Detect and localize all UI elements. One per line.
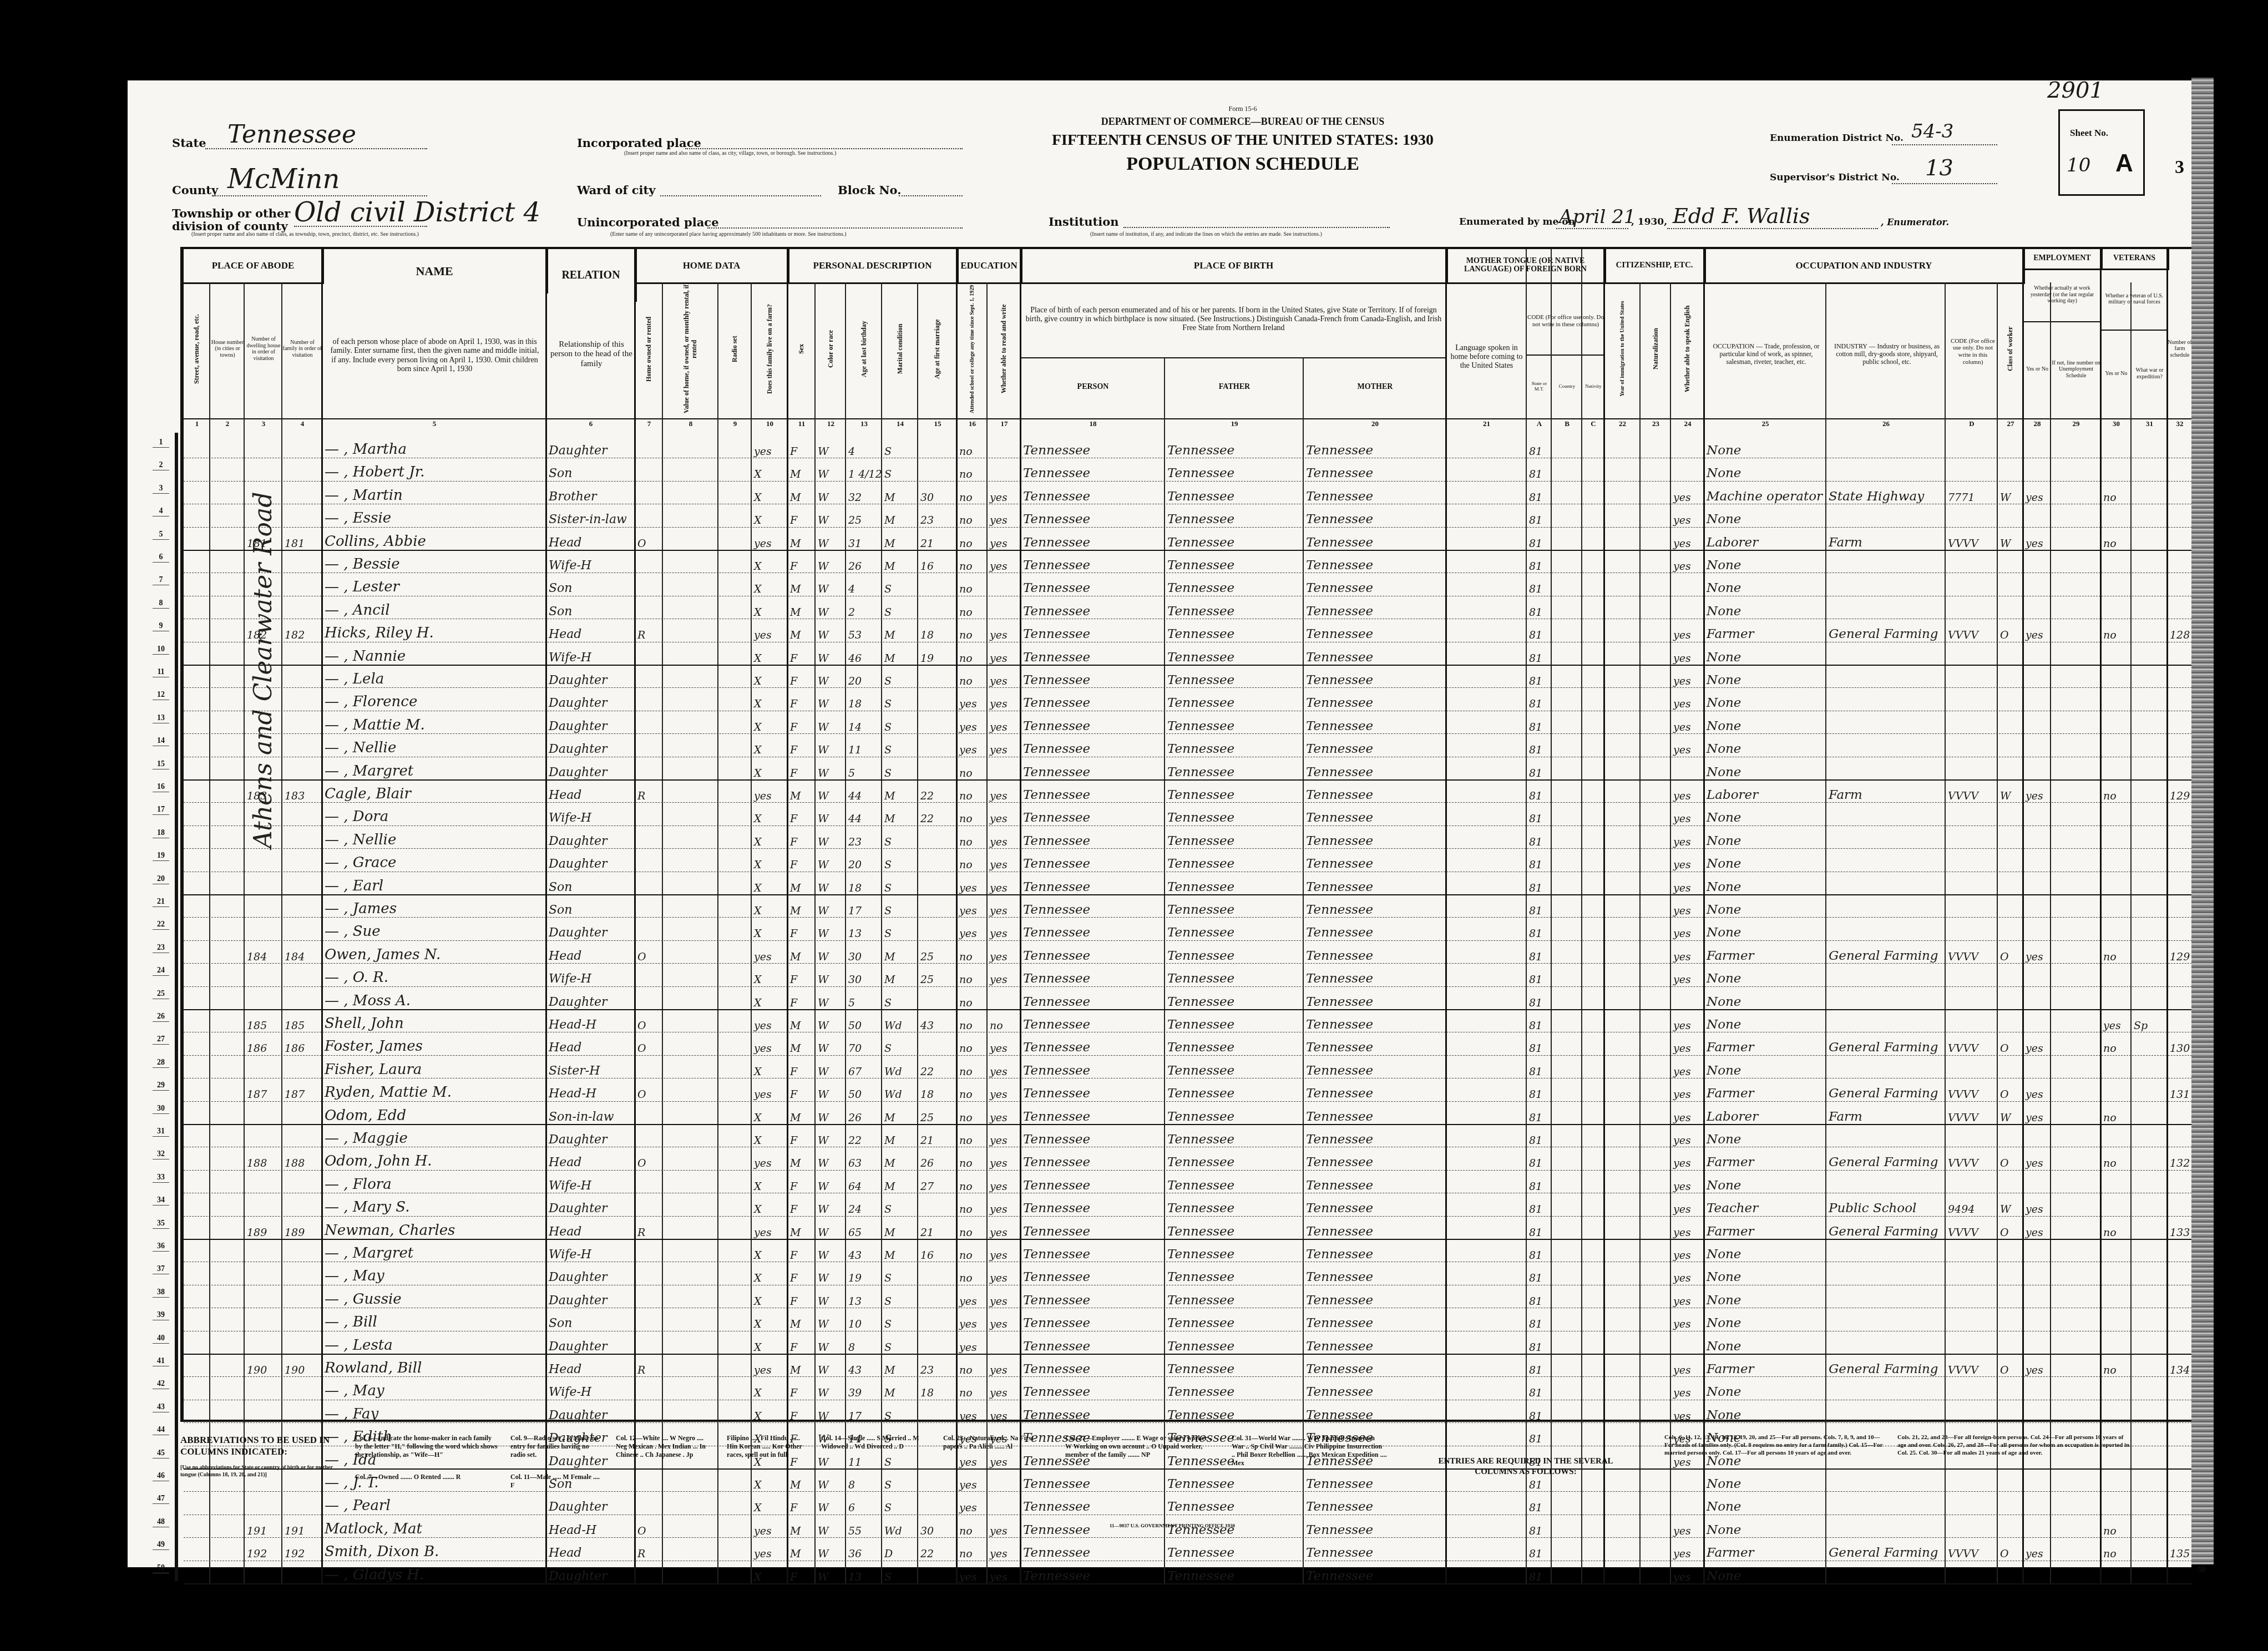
age-cell[interactable]: 64 <box>848 1170 881 1194</box>
class-of-worker-cell[interactable] <box>2000 848 2022 872</box>
school-attendance-cell[interactable]: no <box>959 1170 986 1194</box>
farm-residence-cell[interactable]: X <box>754 458 787 482</box>
school-attendance-cell[interactable]: no <box>959 665 986 688</box>
occupation-cell[interactable]: None <box>1707 1239 1825 1263</box>
read-write-cell[interactable]: yes <box>990 1078 1020 1102</box>
war-served-cell[interactable] <box>2134 1515 2166 1538</box>
farm-schedule-number-cell[interactable] <box>2170 1193 2191 1217</box>
farm-schedule-number-cell[interactable] <box>2170 1446 2191 1470</box>
age-first-marriage-cell[interactable]: 21 <box>920 1124 956 1148</box>
birthplace-father-cell[interactable]: Tennessee <box>1167 1400 1303 1424</box>
person-name-cell[interactable]: Fisher, Laura <box>325 1055 545 1079</box>
school-attendance-cell[interactable]: no <box>959 504 986 528</box>
occupation-cell[interactable]: None <box>1707 573 1825 596</box>
age-first-marriage-cell[interactable] <box>920 1331 956 1355</box>
dwelling-number-cell[interactable] <box>247 1239 281 1263</box>
age-first-marriage-cell[interactable]: 22 <box>920 779 956 803</box>
dwelling-number-cell[interactable] <box>247 848 281 872</box>
occupation-cell[interactable]: Farmer <box>1707 1216 1825 1240</box>
ed-value[interactable]: 54-3 <box>1911 120 1953 143</box>
at-work-cell[interactable]: yes <box>2026 1354 2050 1377</box>
birthplace-person-cell[interactable]: Tennessee <box>1023 1032 1164 1056</box>
war-served-cell[interactable] <box>2134 1468 2166 1492</box>
family-number-cell[interactable] <box>285 802 321 826</box>
birthplace-person-cell[interactable]: Tennessee <box>1023 573 1164 596</box>
home-owned-cell[interactable]: O <box>637 1009 662 1033</box>
farm-residence-cell[interactable]: X <box>754 642 787 666</box>
dwelling-number-cell[interactable]: 187 <box>247 1078 281 1102</box>
industry-cell[interactable] <box>1829 1124 1945 1148</box>
farm-schedule-number-cell[interactable] <box>2170 1422 2191 1446</box>
speaks-english-cell[interactable]: yes <box>1673 1308 1703 1331</box>
sd-value[interactable]: 13 <box>1925 155 1953 181</box>
veteran-cell[interactable] <box>2103 1262 2130 1285</box>
person-name-cell[interactable]: — , Fay <box>325 1400 545 1424</box>
home-owned-cell[interactable] <box>637 917 662 941</box>
war-served-cell[interactable] <box>2134 1446 2166 1470</box>
age-first-marriage-cell[interactable]: 25 <box>920 963 956 987</box>
race-cell[interactable]: W <box>818 1216 845 1240</box>
read-write-cell[interactable]: yes <box>990 1515 1020 1538</box>
veteran-cell[interactable] <box>2103 665 2130 688</box>
veteran-cell[interactable] <box>2103 1491 2130 1515</box>
occupation-cell[interactable]: None <box>1707 986 1825 1010</box>
at-work-cell[interactable] <box>2026 1468 2050 1492</box>
relationship-cell[interactable]: Wife-H <box>549 1170 634 1194</box>
sex-cell[interactable]: M <box>790 458 814 482</box>
occupation-cell[interactable]: None <box>1707 848 1825 872</box>
occupation-cell[interactable]: None <box>1707 1170 1825 1194</box>
person-name-cell[interactable]: Foster, James <box>325 1032 545 1056</box>
marital-status-cell[interactable]: S <box>884 1400 917 1424</box>
person-name-cell[interactable]: — , May <box>325 1376 545 1400</box>
person-name-cell[interactable]: Smith, Dixon B. <box>325 1537 545 1561</box>
industry-cell[interactable]: General Farming <box>1829 1537 1945 1561</box>
war-served-cell[interactable] <box>2134 825 2166 849</box>
birthplace-father-cell[interactable]: Tennessee <box>1167 757 1303 781</box>
marital-status-cell[interactable]: S <box>884 687 917 711</box>
industry-cell[interactable] <box>1829 986 1945 1010</box>
relationship-cell[interactable]: Head <box>549 940 634 964</box>
farm-residence-cell[interactable]: X <box>754 757 787 781</box>
dwelling-number-cell[interactable]: 191 <box>247 1515 281 1538</box>
veteran-cell[interactable] <box>2103 1170 2130 1194</box>
birthplace-father-cell[interactable]: Tennessee <box>1167 1376 1303 1400</box>
age-cell[interactable]: 4 <box>848 573 881 596</box>
read-write-cell[interactable]: yes <box>990 1101 1020 1125</box>
sex-cell[interactable]: M <box>790 1032 814 1056</box>
marital-status-cell[interactable]: S <box>884 757 917 781</box>
marital-status-cell[interactable]: S <box>884 1308 917 1331</box>
birthplace-person-cell[interactable]: Tennessee <box>1023 1376 1164 1400</box>
occupation-cell[interactable]: None <box>1707 872 1825 895</box>
dwelling-number-cell[interactable] <box>247 1491 281 1515</box>
class-of-worker-cell[interactable] <box>2000 894 2022 918</box>
at-work-cell[interactable]: yes <box>2026 1216 2050 1240</box>
dwelling-number-cell[interactable] <box>247 1561 281 1584</box>
class-of-worker-cell[interactable] <box>2000 757 2022 781</box>
school-attendance-cell[interactable]: no <box>959 1216 986 1240</box>
class-of-worker-cell[interactable] <box>2000 1262 2022 1285</box>
sex-cell[interactable]: F <box>790 665 814 688</box>
birthplace-father-cell[interactable]: Tennessee <box>1167 504 1303 528</box>
farm-residence-cell[interactable]: X <box>754 665 787 688</box>
race-cell[interactable]: W <box>818 848 845 872</box>
occupation-cell[interactable]: Farmer <box>1707 1354 1825 1377</box>
occupation-cell[interactable]: None <box>1707 550 1825 574</box>
farm-schedule-number-cell[interactable] <box>2170 1376 2191 1400</box>
industry-cell[interactable] <box>1829 1262 1945 1285</box>
home-owned-cell[interactable] <box>637 1308 662 1331</box>
marital-status-cell[interactable]: D <box>884 1537 917 1561</box>
war-served-cell[interactable] <box>2134 802 2166 826</box>
marital-status-cell[interactable]: S <box>884 872 917 895</box>
farm-schedule-number-cell[interactable] <box>2170 1101 2191 1125</box>
speaks-english-cell[interactable] <box>1673 573 1703 596</box>
farm-residence-cell[interactable]: X <box>754 550 787 574</box>
state-value[interactable]: Tennessee <box>227 120 356 149</box>
race-cell[interactable]: W <box>818 1354 845 1377</box>
industry-cell[interactable] <box>1829 458 1945 482</box>
school-attendance-cell[interactable]: no <box>959 1262 986 1285</box>
sex-cell[interactable]: M <box>790 1354 814 1377</box>
farm-schedule-number-cell[interactable] <box>2170 1055 2191 1079</box>
age-cell[interactable]: 1 4/12 <box>848 458 881 482</box>
relationship-cell[interactable]: Son <box>549 872 634 895</box>
birthplace-person-cell[interactable]: Tennessee <box>1023 917 1164 941</box>
dwelling-number-cell[interactable]: 188 <box>247 1147 281 1171</box>
birthplace-mother-cell[interactable]: Tennessee <box>1306 986 1445 1010</box>
veteran-cell[interactable] <box>2103 1468 2130 1492</box>
home-owned-cell[interactable]: O <box>637 1032 662 1056</box>
occupation-cell[interactable]: Farmer <box>1707 1032 1825 1056</box>
farm-residence-cell[interactable]: yes <box>754 1216 787 1240</box>
birthplace-mother-cell[interactable]: Tennessee <box>1306 1400 1445 1424</box>
birthplace-mother-cell[interactable]: Tennessee <box>1306 1354 1445 1377</box>
read-write-cell[interactable]: yes <box>990 1239 1020 1263</box>
speaks-english-cell[interactable]: yes <box>1673 1009 1703 1033</box>
read-write-cell[interactable]: yes <box>990 1308 1020 1331</box>
birthplace-mother-cell[interactable]: Tennessee <box>1306 1009 1445 1033</box>
farm-residence-cell[interactable]: X <box>754 1376 787 1400</box>
birthplace-person-cell[interactable]: Tennessee <box>1023 1262 1164 1285</box>
industry-cell[interactable] <box>1829 1331 1945 1355</box>
age-first-marriage-cell[interactable]: 18 <box>920 1078 956 1102</box>
birthplace-mother-cell[interactable]: Tennessee <box>1306 1239 1445 1263</box>
industry-cell[interactable] <box>1829 642 1945 666</box>
birthplace-mother-cell[interactable]: Tennessee <box>1306 779 1445 803</box>
class-of-worker-cell[interactable] <box>2000 1124 2022 1148</box>
at-work-cell[interactable] <box>2026 1262 2050 1285</box>
county-value[interactable]: McMinn <box>227 164 340 195</box>
birthplace-father-cell[interactable]: Tennessee <box>1167 1468 1303 1492</box>
family-number-cell[interactable] <box>285 1376 321 1400</box>
age-first-marriage-cell[interactable] <box>920 894 956 918</box>
age-cell[interactable]: 11 <box>848 733 881 757</box>
veteran-cell[interactable]: yes <box>2103 1009 2130 1033</box>
family-number-cell[interactable] <box>285 1101 321 1125</box>
relationship-cell[interactable]: Head <box>549 1032 634 1056</box>
war-served-cell[interactable] <box>2134 619 2166 642</box>
person-name-cell[interactable]: — , Lester <box>325 573 545 596</box>
speaks-english-cell[interactable]: yes <box>1673 481 1703 505</box>
at-work-cell[interactable] <box>2026 733 2050 757</box>
relationship-cell[interactable]: Head <box>549 1147 634 1171</box>
speaks-english-cell[interactable]: yes <box>1673 1561 1703 1584</box>
relationship-cell[interactable]: Son <box>549 573 634 596</box>
person-name-cell[interactable]: — , Bill <box>325 1308 545 1331</box>
speaks-english-cell[interactable]: yes <box>1673 802 1703 826</box>
race-cell[interactable]: W <box>818 1078 845 1102</box>
relationship-cell[interactable]: Head-H <box>549 1009 634 1033</box>
class-of-worker-cell[interactable]: W <box>2000 481 2022 505</box>
person-name-cell[interactable]: Ryden, Mattie M. <box>325 1078 545 1102</box>
dwelling-number-cell[interactable] <box>247 1124 281 1148</box>
age-first-marriage-cell[interactable] <box>920 596 956 620</box>
birthplace-mother-cell[interactable]: Tennessee <box>1306 802 1445 826</box>
family-number-cell[interactable]: 188 <box>285 1147 321 1171</box>
class-of-worker-cell[interactable] <box>2000 917 2022 941</box>
at-work-cell[interactable] <box>2026 1331 2050 1355</box>
read-write-cell[interactable]: yes <box>990 665 1020 688</box>
marital-status-cell[interactable]: M <box>884 1354 917 1377</box>
sex-cell[interactable]: F <box>790 711 814 735</box>
dwelling-number-cell[interactable]: 192 <box>247 1537 281 1561</box>
read-write-cell[interactable]: yes <box>990 1124 1020 1148</box>
family-number-cell[interactable] <box>285 1491 321 1515</box>
read-write-cell[interactable]: yes <box>990 1147 1020 1171</box>
farm-residence-cell[interactable]: X <box>754 894 787 918</box>
at-work-cell[interactable] <box>2026 435 2050 459</box>
relationship-cell[interactable]: Daughter <box>549 848 634 872</box>
industry-cell[interactable]: Farm <box>1829 779 1945 803</box>
war-served-cell[interactable] <box>2134 1537 2166 1561</box>
race-cell[interactable]: W <box>818 1239 845 1263</box>
birthplace-mother-cell[interactable]: Tennessee <box>1306 825 1445 849</box>
industry-cell[interactable] <box>1829 757 1945 781</box>
marital-status-cell[interactable]: S <box>884 573 917 596</box>
class-of-worker-cell[interactable] <box>2000 1170 2022 1194</box>
at-work-cell[interactable] <box>2026 1515 2050 1538</box>
birthplace-father-cell[interactable]: Tennessee <box>1167 1308 1303 1331</box>
relationship-cell[interactable]: Daughter <box>549 435 634 459</box>
age-cell[interactable]: 14 <box>848 711 881 735</box>
age-first-marriage-cell[interactable]: 18 <box>920 1376 956 1400</box>
veteran-cell[interactable] <box>2103 1561 2130 1584</box>
home-owned-cell[interactable] <box>637 802 662 826</box>
farm-residence-cell[interactable]: X <box>754 1308 787 1331</box>
sex-cell[interactable]: M <box>790 1515 814 1538</box>
farm-schedule-number-cell[interactable]: 132 <box>2170 1147 2191 1171</box>
read-write-cell[interactable]: yes <box>990 1032 1020 1056</box>
family-number-cell[interactable]: 186 <box>285 1032 321 1056</box>
home-owned-cell[interactable]: O <box>637 1515 662 1538</box>
birthplace-person-cell[interactable]: Tennessee <box>1023 665 1164 688</box>
age-cell[interactable]: 5 <box>848 986 881 1010</box>
race-cell[interactable]: W <box>818 1193 845 1217</box>
relationship-cell[interactable]: Daughter <box>549 1285 634 1309</box>
at-work-cell[interactable] <box>2026 1055 2050 1079</box>
speaks-english-cell[interactable] <box>1673 1491 1703 1515</box>
age-cell[interactable]: 67 <box>848 1055 881 1079</box>
occupation-cell[interactable]: None <box>1707 687 1825 711</box>
veteran-cell[interactable]: no <box>2103 527 2130 551</box>
farm-residence-cell[interactable]: yes <box>754 1147 787 1171</box>
birthplace-father-cell[interactable]: Tennessee <box>1167 963 1303 987</box>
farm-schedule-number-cell[interactable] <box>2170 848 2191 872</box>
home-owned-cell[interactable]: O <box>637 940 662 964</box>
birthplace-person-cell[interactable]: Tennessee <box>1023 1400 1164 1424</box>
dwelling-number-cell[interactable] <box>247 435 281 459</box>
marital-status-cell[interactable]: S <box>884 435 917 459</box>
school-attendance-cell[interactable]: no <box>959 1009 986 1033</box>
class-of-worker-cell[interactable] <box>2000 1376 2022 1400</box>
person-name-cell[interactable]: — , Bessie <box>325 550 545 574</box>
read-write-cell[interactable] <box>990 596 1020 620</box>
dwelling-number-cell[interactable]: 184 <box>247 940 281 964</box>
veteran-cell[interactable] <box>2103 687 2130 711</box>
birthplace-person-cell[interactable]: Tennessee <box>1023 596 1164 620</box>
class-of-worker-cell[interactable] <box>2000 1400 2022 1424</box>
marital-status-cell[interactable]: Wd <box>884 1078 917 1102</box>
speaks-english-cell[interactable] <box>1673 596 1703 620</box>
at-work-cell[interactable]: yes <box>2026 481 2050 505</box>
family-number-cell[interactable] <box>285 481 321 505</box>
marital-status-cell[interactable]: S <box>884 1491 917 1515</box>
farm-residence-cell[interactable]: X <box>754 1285 787 1309</box>
person-name-cell[interactable]: — , Martin <box>325 481 545 505</box>
sex-cell[interactable]: F <box>790 1193 814 1217</box>
sex-cell[interactable]: F <box>790 435 814 459</box>
farm-residence-cell[interactable]: X <box>754 802 787 826</box>
veteran-cell[interactable]: no <box>2103 1537 2130 1561</box>
occupation-cell[interactable]: Farmer <box>1707 1537 1825 1561</box>
home-owned-cell[interactable] <box>637 1101 662 1125</box>
farm-schedule-number-cell[interactable] <box>2170 1515 2191 1538</box>
occupation-cell[interactable]: None <box>1707 963 1825 987</box>
birthplace-father-cell[interactable]: Tennessee <box>1167 1239 1303 1263</box>
birthplace-mother-cell[interactable]: Tennessee <box>1306 1124 1445 1148</box>
sex-cell[interactable]: F <box>790 504 814 528</box>
age-cell[interactable]: 70 <box>848 1032 881 1056</box>
occupation-cell[interactable]: None <box>1707 504 1825 528</box>
school-attendance-cell[interactable]: yes <box>959 1285 986 1309</box>
birthplace-father-cell[interactable]: Tennessee <box>1167 1561 1303 1584</box>
school-attendance-cell[interactable]: yes <box>959 1491 986 1515</box>
relationship-cell[interactable]: Wife-H <box>549 550 634 574</box>
dwelling-number-cell[interactable] <box>247 894 281 918</box>
class-of-worker-cell[interactable] <box>2000 711 2022 735</box>
speaks-english-cell[interactable]: yes <box>1673 1124 1703 1148</box>
race-cell[interactable]: W <box>818 1055 845 1079</box>
read-write-cell[interactable] <box>990 1491 1020 1515</box>
read-write-cell[interactable] <box>990 458 1020 482</box>
sex-cell[interactable]: F <box>790 1078 814 1102</box>
war-served-cell[interactable] <box>2134 1032 2166 1056</box>
home-owned-cell[interactable] <box>637 1400 662 1424</box>
sex-cell[interactable]: F <box>790 1400 814 1424</box>
sex-cell[interactable]: F <box>790 848 814 872</box>
race-cell[interactable]: W <box>818 504 845 528</box>
speaks-english-cell[interactable]: yes <box>1673 550 1703 574</box>
at-work-cell[interactable] <box>2026 1376 2050 1400</box>
at-work-cell[interactable] <box>2026 1308 2050 1331</box>
birthplace-mother-cell[interactable]: Tennessee <box>1306 596 1445 620</box>
read-write-cell[interactable]: yes <box>990 963 1020 987</box>
class-of-worker-cell[interactable] <box>2000 986 2022 1010</box>
industry-cell[interactable] <box>1829 1055 1945 1079</box>
birthplace-mother-cell[interactable]: Tennessee <box>1306 1101 1445 1125</box>
class-of-worker-cell[interactable]: O <box>2000 619 2022 642</box>
class-of-worker-cell[interactable] <box>2000 802 2022 826</box>
birthplace-person-cell[interactable]: Tennessee <box>1023 1308 1164 1331</box>
veteran-cell[interactable] <box>2103 757 2130 781</box>
farm-residence-cell[interactable]: X <box>754 1331 787 1355</box>
at-work-cell[interactable] <box>2026 573 2050 596</box>
birthplace-person-cell[interactable]: Tennessee <box>1023 940 1164 964</box>
at-work-cell[interactable]: yes <box>2026 1147 2050 1171</box>
industry-cell[interactable]: General Farming <box>1829 1147 1945 1171</box>
birthplace-mother-cell[interactable]: Tennessee <box>1306 504 1445 528</box>
farm-residence-cell[interactable]: X <box>754 1101 787 1125</box>
birthplace-person-cell[interactable]: Tennessee <box>1023 1216 1164 1240</box>
class-of-worker-cell[interactable]: W <box>2000 779 2022 803</box>
birthplace-father-cell[interactable]: Tennessee <box>1167 435 1303 459</box>
marital-status-cell[interactable]: S <box>884 1193 917 1217</box>
war-served-cell[interactable] <box>2134 963 2166 987</box>
sex-cell[interactable]: F <box>790 1055 814 1079</box>
birthplace-person-cell[interactable]: Tennessee <box>1023 642 1164 666</box>
farm-residence-cell[interactable]: yes <box>754 1032 787 1056</box>
marital-status-cell[interactable]: M <box>884 779 917 803</box>
speaks-english-cell[interactable]: yes <box>1673 872 1703 895</box>
veteran-cell[interactable]: no <box>2103 1032 2130 1056</box>
school-attendance-cell[interactable]: no <box>959 986 986 1010</box>
dwelling-number-cell[interactable] <box>247 1285 281 1309</box>
birthplace-person-cell[interactable]: Tennessee <box>1023 1285 1164 1309</box>
at-work-cell[interactable]: yes <box>2026 940 2050 964</box>
war-served-cell[interactable] <box>2134 1124 2166 1148</box>
dwelling-number-cell[interactable] <box>247 1055 281 1079</box>
dwelling-number-cell[interactable] <box>247 1262 281 1285</box>
occupation-cell[interactable]: None <box>1707 435 1825 459</box>
person-name-cell[interactable]: — , Ancil <box>325 596 545 620</box>
war-served-cell[interactable] <box>2134 940 2166 964</box>
home-owned-cell[interactable]: R <box>637 1216 662 1240</box>
class-of-worker-cell[interactable] <box>2000 733 2022 757</box>
birthplace-person-cell[interactable]: Tennessee <box>1023 1331 1164 1355</box>
home-owned-cell[interactable] <box>637 757 662 781</box>
at-work-cell[interactable] <box>2026 917 2050 941</box>
birthplace-mother-cell[interactable]: Tennessee <box>1306 757 1445 781</box>
speaks-english-cell[interactable]: yes <box>1673 1262 1703 1285</box>
family-number-cell[interactable]: 181 <box>285 527 321 551</box>
speaks-english-cell[interactable]: yes <box>1673 917 1703 941</box>
class-of-worker-cell[interactable] <box>2000 596 2022 620</box>
industry-cell[interactable] <box>1829 435 1945 459</box>
sex-cell[interactable]: M <box>790 779 814 803</box>
birthplace-mother-cell[interactable]: Tennessee <box>1306 894 1445 918</box>
family-number-cell[interactable] <box>285 711 321 735</box>
relationship-cell[interactable]: Head <box>549 1354 634 1377</box>
farm-residence-cell[interactable]: X <box>754 596 787 620</box>
family-number-cell[interactable] <box>285 573 321 596</box>
occupation-cell[interactable]: None <box>1707 917 1825 941</box>
birthplace-mother-cell[interactable]: Tennessee <box>1306 1376 1445 1400</box>
person-name-cell[interactable]: — , Lela <box>325 665 545 688</box>
farm-residence-cell[interactable]: X <box>754 825 787 849</box>
age-cell[interactable]: 31 <box>848 527 881 551</box>
